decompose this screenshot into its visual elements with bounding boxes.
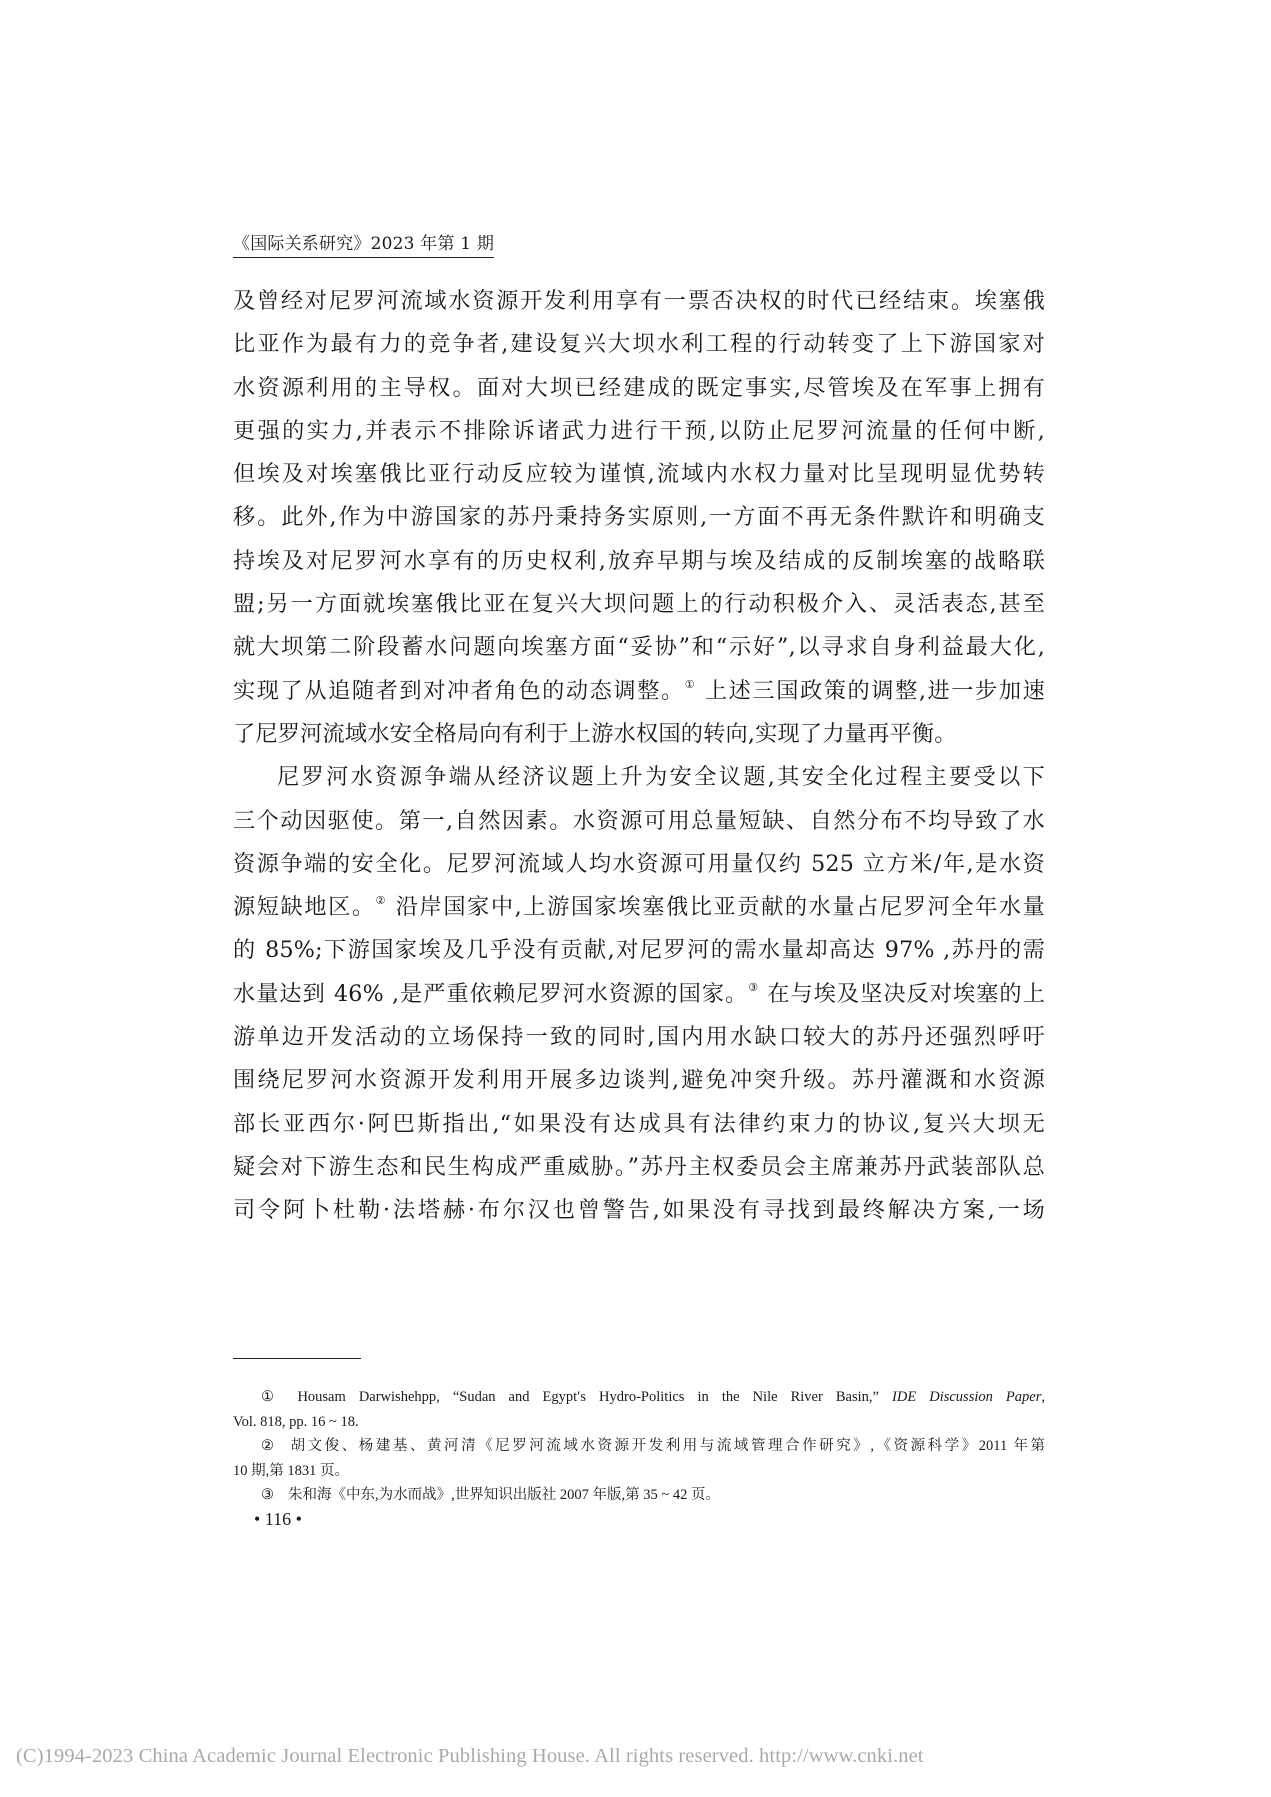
text-line: 实现了从追随者到对冲者角色的动态调整。① 上述三国政策的调整,进一步加速 [233,670,1045,713]
footnote-ref-2[interactable]: ② [376,894,387,907]
footnote-3: ③朱和海《中东,为水而战》,世界知识出版社 2007 年版,第 35 ~ 42 … [233,1483,1045,1508]
footnote-text: 朱和海《中东,为水而战》,世界知识出版社 2007 年版,第 35 ~ 42 页… [288,1487,720,1503]
footnote-ref-3[interactable]: ③ [748,981,759,994]
footnote-line: Vol. 818, pp. 16 ~ 18. [233,1410,1045,1435]
text-segment: 上述三国政策的调整,进一步加速 [696,678,1045,704]
footnote-divider [233,1358,361,1359]
text-line: 三个动因驱使。第一,自然因素。水资源可用总量短缺、自然分布不均导致了水 [233,800,1045,843]
text-line: 持埃及对尼罗河水享有的历史权利,放弃早期与埃及结成的反制埃塞的战略联 [233,540,1045,583]
body-text: 及曾经对尼罗河流域水资源开发利用享有一票否决权的时代已经结束。埃塞俄 比亚作为最… [233,280,1045,1233]
footnote-2: ②胡文俊、杨建基、黄河清《尼罗河流域水资源开发利用与流域管理合作研究》,《资源科… [233,1434,1045,1483]
text-line: 水资源利用的主导权。面对大坝已经建成的既定事实,尽管埃及在军事上拥有 [233,367,1045,410]
paragraph-2: 尼罗河水资源争端从经济议题上升为安全议题,其安全化过程主要受以下 三个动因驱使。… [233,756,1045,1232]
copyright-watermark: (C)1994-2023 China Academic Journal Elec… [16,1743,924,1769]
text-line: 源短缺地区。② 沿岸国家中,上游国家埃塞俄比亚贡献的水量占尼罗河全年水量 [233,886,1045,929]
page-number: • 116 • [254,1508,302,1530]
text-line: 尼罗河水资源争端从经济议题上升为安全议题,其安全化过程主要受以下 [233,756,1045,799]
text-segment: 水量达到 46% ,是严重依赖尼罗河水资源的国家。 [233,981,748,1007]
footnote-line: 10 期,第 1831 页。 [233,1459,1045,1484]
footnote-1: ①Housam Darwishehpp, “Sudan and Egypt′s … [233,1385,1045,1434]
text-line: 游单边开发活动的立场保持一致的同时,国内用水缺口较大的苏丹还强烈呼吁 [233,1016,1045,1059]
footnote-text: , [1041,1389,1045,1405]
text-line: 比亚作为最有力的竞争者,建设复兴大坝水利工程的行动转变了上下游国家对 [233,323,1045,366]
text-line: 及曾经对尼罗河流域水资源开发利用享有一票否决权的时代已经结束。埃塞俄 [233,280,1045,323]
footnote-ref-1[interactable]: ① [685,678,696,691]
footnotes: ①Housam Darwishehpp, “Sudan and Egypt′s … [233,1385,1045,1508]
footnote-text: Housam Darwishehpp, “Sudan and Egypt′s H… [297,1389,892,1405]
text-line: 盟;另一方面就埃塞俄比亚在复兴大坝问题上的行动积极介入、灵活表态,甚至 [233,583,1045,626]
text-line: 部长亚西尔·阿巴斯指出,“如果没有达成具有法律约束力的协议,复兴大坝无 [233,1103,1045,1146]
footnote-line: ②胡文俊、杨建基、黄河清《尼罗河流域水资源开发利用与流域管理合作研究》,《资源科… [233,1434,1045,1459]
text-line: 司令阿卜杜勒·法塔赫·布尔汉也曾警告,如果没有寻找到最终解决方案,一场 [233,1189,1045,1232]
text-segment: 沿岸国家中,上游国家埃塞俄比亚贡献的水量占尼罗河全年水量 [387,894,1045,920]
text-segment: 源短缺地区。 [233,894,376,920]
footnote-mark: ② [261,1438,277,1454]
footnote-line: ①Housam Darwishehpp, “Sudan and Egypt′s … [233,1385,1045,1410]
text-line: 围绕尼罗河水资源开发利用开展多边谈判,避免冲突升级。苏丹灌溉和水资源 [233,1059,1045,1102]
text-line: 但埃及对埃塞俄比亚行动反应较为谨慎,流域内水权力量对比呈现明显优势转 [233,453,1045,496]
text-line: 移。此外,作为中游国家的苏丹秉持务实原则,一方面不再无条件默许和明确支 [233,496,1045,539]
text-segment: 在与埃及坚决反对埃塞的上 [759,981,1045,1007]
footnote-mark: ① [261,1389,283,1405]
text-line: 疑会对下游生态和民生构成严重威胁。”苏丹主权委员会主席兼苏丹武装部队总 [233,1146,1045,1189]
footnote-line: ③朱和海《中东,为水而战》,世界知识出版社 2007 年版,第 35 ~ 42 … [233,1483,1045,1508]
paragraph-1: 及曾经对尼罗河流域水资源开发利用享有一票否决权的时代已经结束。埃塞俄 比亚作为最… [233,280,1045,756]
text-line: 水量达到 46% ,是严重依赖尼罗河水资源的国家。③ 在与埃及坚决反对埃塞的上 [233,973,1045,1016]
text-line: 的 85%;下游国家埃及几乎没有贡献,对尼罗河的需水量却高达 97% ,苏丹的需 [233,929,1045,972]
running-head: 《国际关系研究》2023 年第 1 期 [233,233,494,258]
footnote-text: 胡文俊、杨建基、黄河清《尼罗河流域水资源开发利用与流域管理合作研究》,《资源科学… [291,1438,1045,1454]
text-line: 就大坝第二阶段蓄水问题向埃塞方面“妥协”和“示好”,以寻求自身利益最大化, [233,626,1045,669]
text-segment: 实现了从追随者到对冲者角色的动态调整。 [233,678,685,704]
journal-title: IDE Discussion Paper [892,1389,1041,1405]
journal-page: 《国际关系研究》2023 年第 1 期 及曾经对尼罗河流域水资源开发利用享有一票… [0,0,1271,1797]
text-line: 资源争端的安全化。尼罗河流域人均水资源可用量仅约 525 立方米/年,是水资 [233,843,1045,886]
footnote-mark: ③ [261,1487,274,1503]
text-line: 更强的实力,并表示不排除诉诸武力进行干预,以防止尼罗河流量的任何中断, [233,410,1045,453]
text-line: 了尼罗河流域水安全格局向有利于上游水权国的转向,实现了力量再平衡。 [233,713,1045,756]
